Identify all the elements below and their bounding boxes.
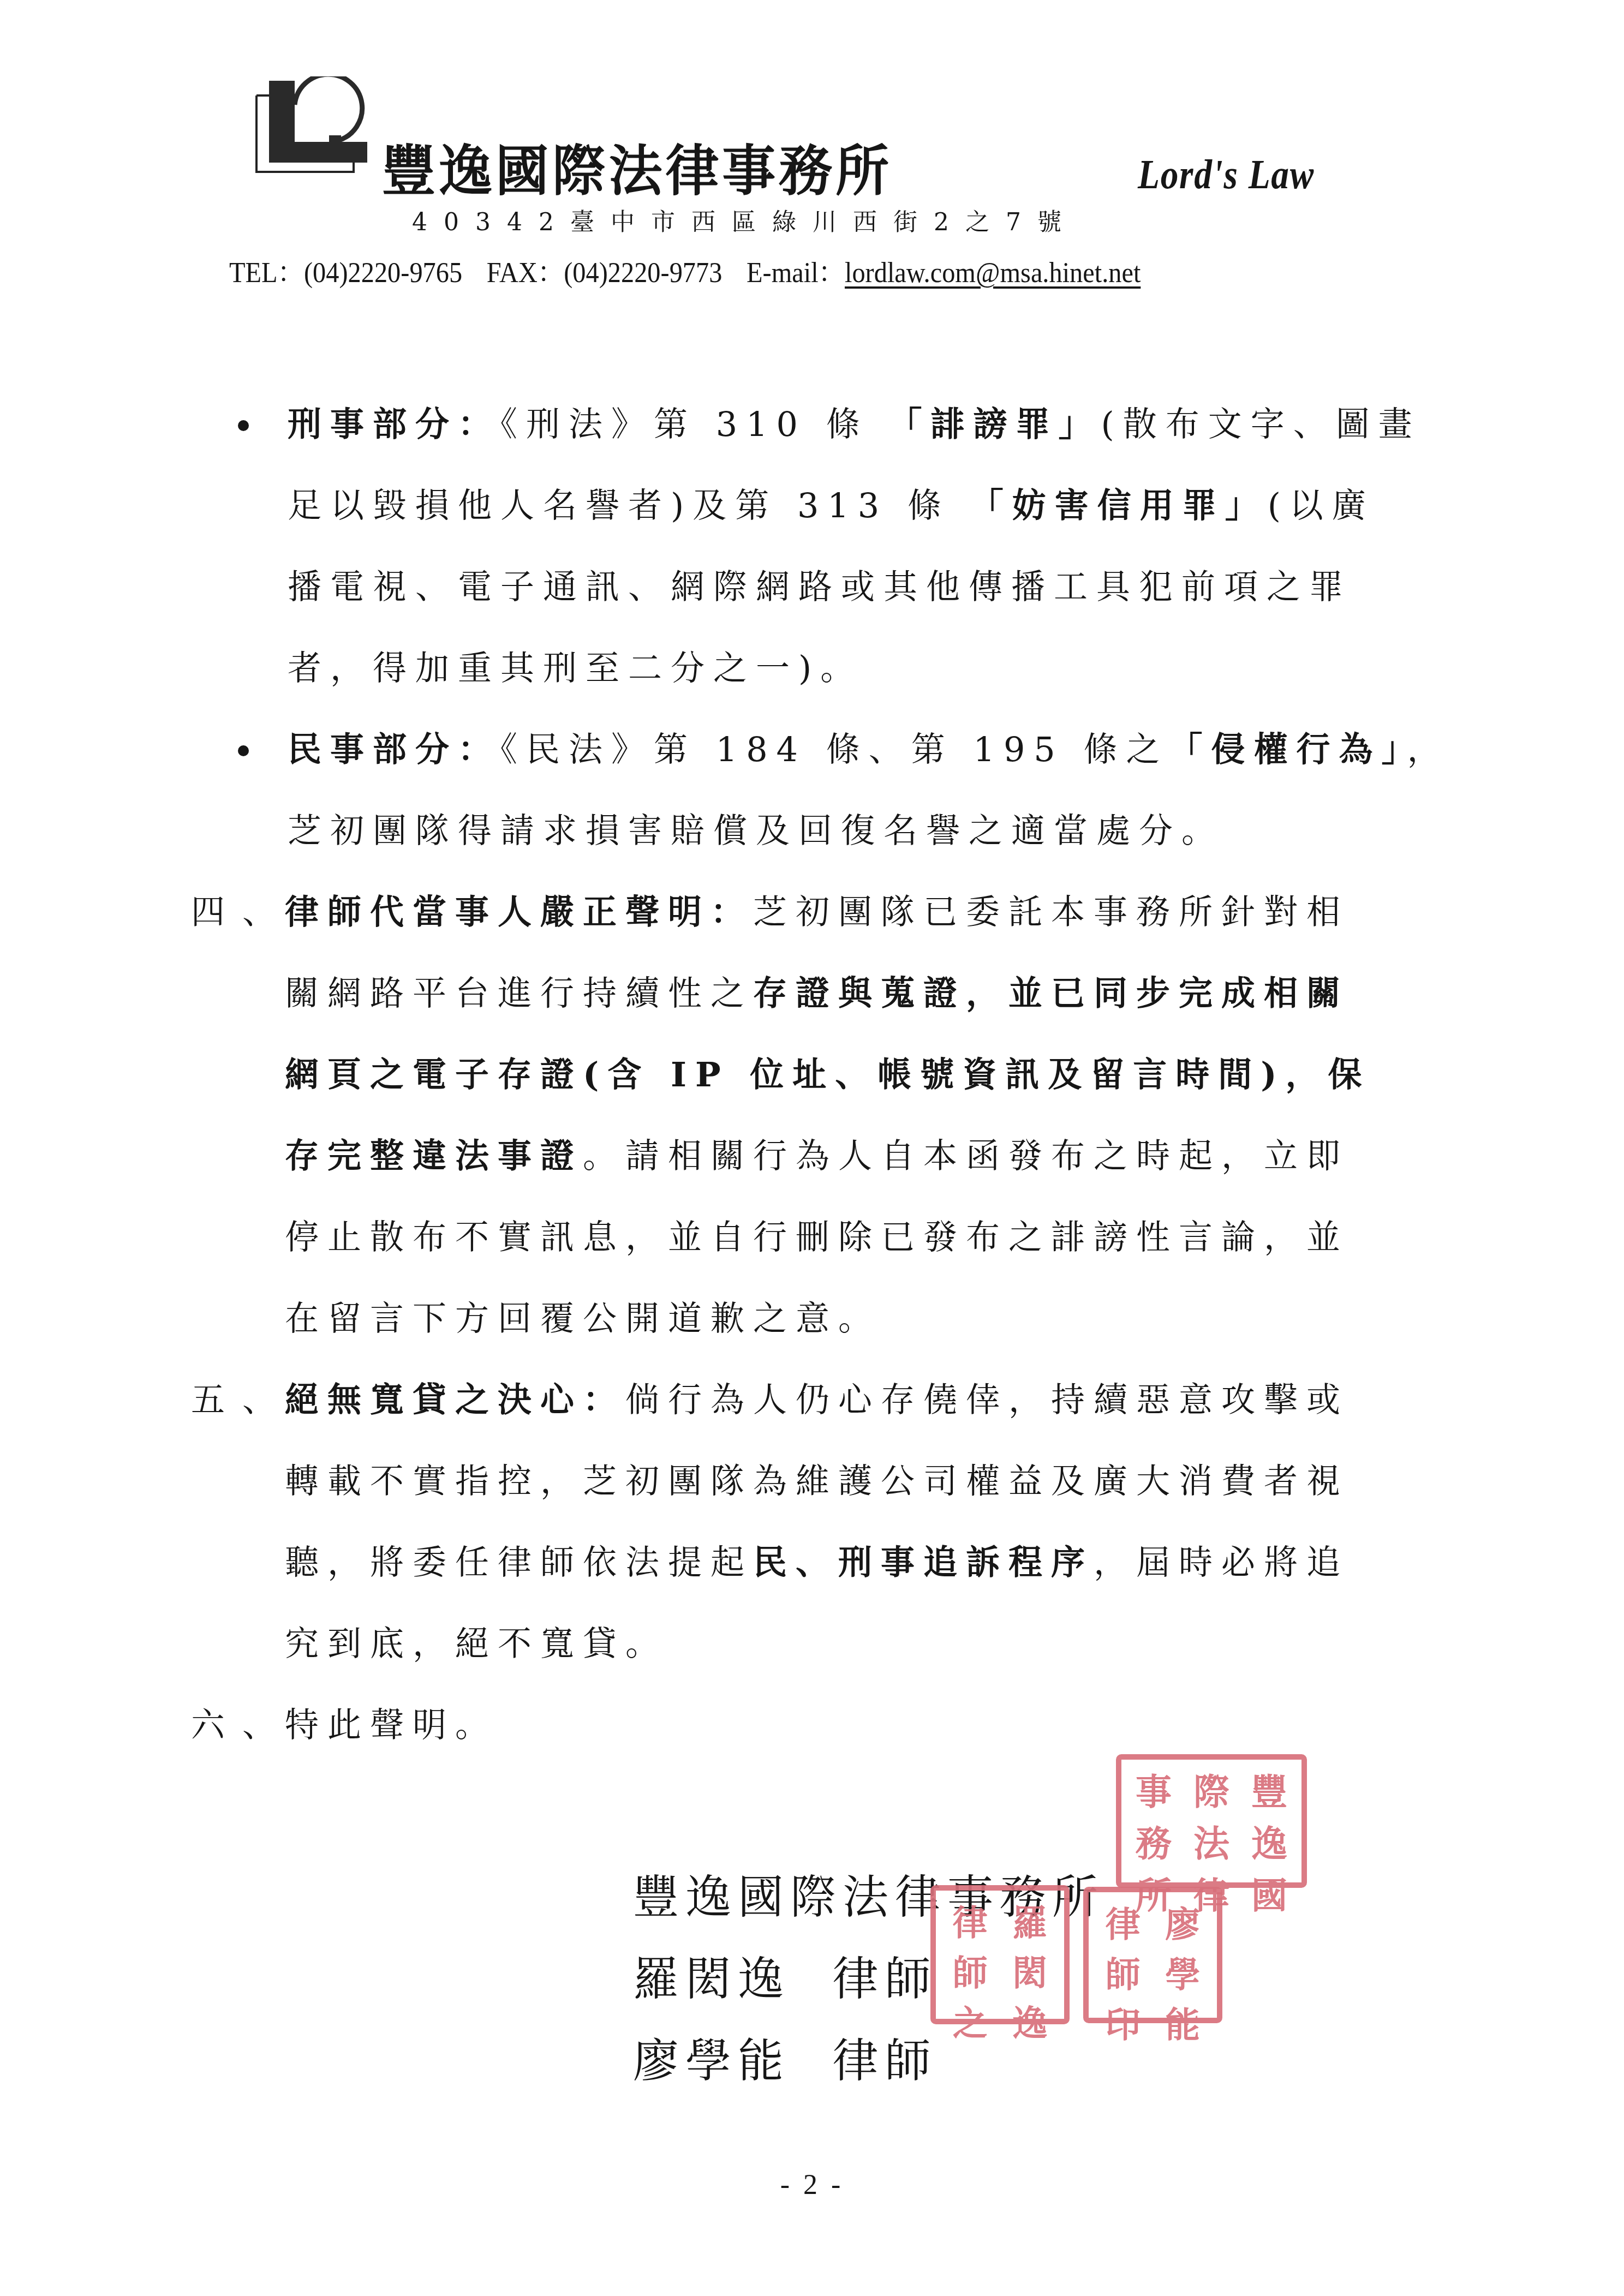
tel-number: (04)2220-9765 — [304, 258, 462, 289]
letterhead-firm-name-en: Lord's Law — [1138, 148, 1315, 201]
bullet-line: 者，得加重其刑至二分之一)。 — [288, 647, 863, 728]
emphasized-text: 存證與蒐證，並已同步完成相關 — [753, 973, 1349, 1013]
emphasized-text: 「侵權行為」 — [1169, 730, 1407, 769]
lawyer-luo-seal-stamp: 羅 閎 逸 律 師 之 — [930, 1885, 1070, 2024]
signature-lawyer-liao: 廖學能 律師 — [633, 2034, 937, 2088]
email-link[interactable]: lordlaw.com@msa.hinet.net — [845, 258, 1141, 289]
section-line: 轉載不實指控，芝初團隊為維護公司權益及廣大消費者視 — [285, 1460, 1349, 1541]
emphasized-text: 民、刑事追訴程序 — [753, 1542, 1094, 1582]
body-text: 《民法》第 184 條、第 195 條之 — [500, 730, 1169, 769]
section-line: 律師代當事人嚴正聲明：芝初團隊已委託本事務所針對相 — [285, 890, 1349, 972]
body-text: (以廣 — [1268, 486, 1375, 525]
seal-char: 豐 — [1240, 1763, 1298, 1815]
emphasized-text: 民事部分： — [288, 730, 500, 769]
body-text: 芝初團隊得請求損害賠償及回復名譽之適當處分。 — [288, 811, 1224, 851]
seal-char: 法 — [1183, 1815, 1240, 1867]
seal-char: 閎 — [1000, 1945, 1060, 1995]
emphasized-text: 「誹謗罪」 — [888, 404, 1101, 444]
body-text: 在留言下方回覆公開道歉之意。 — [285, 1299, 881, 1338]
seal-char: 逸 — [1240, 1815, 1298, 1867]
emphasized-text: 律師代當事人嚴正聲明： — [285, 892, 753, 932]
lawyer-liao-seal-stamp: 廖 學 能 律 師 印 — [1083, 1887, 1222, 2023]
seal-char: 印 — [1093, 1997, 1153, 2047]
fax-number: (04)2220-9773 — [564, 258, 722, 289]
section-number-label: 六、 — [191, 1703, 294, 1747]
signature-lawyer-luo: 羅閎逸 律師 — [633, 1952, 937, 2006]
body-text: 特此聲明。 — [285, 1705, 498, 1745]
body-text: ，屆時必將追 — [1094, 1542, 1349, 1582]
seal-char: 師 — [1093, 1947, 1153, 1997]
seal-char: 逸 — [1000, 1995, 1060, 2046]
seal-char: 事 — [1125, 1763, 1183, 1815]
body-text: ， — [1407, 730, 1450, 769]
bullet-dot-icon — [238, 745, 249, 756]
body-text: 者，得加重其刑至二分之一)。 — [288, 648, 863, 688]
bullet-line: 播電視、電子通訊、網際網路或其他傳播工具犯前項之罪 — [288, 565, 1352, 647]
body-text: 足以毀損他人名譽者)及第 313 條 — [288, 486, 970, 525]
section-line: 網頁之電子存證(含 IP 位址、帳號資訊及留言時間)，保 — [285, 1053, 1370, 1134]
seal-char: 能 — [1153, 1997, 1213, 2047]
bullet-line: 足以毀損他人名譽者)及第 313 條 「妨害信用罪」(以廣 — [288, 484, 1375, 565]
body-text: (散布文字、圖畫 — [1101, 404, 1421, 444]
bullet-line: 刑事部分：《刑法》第 310 條 「誹謗罪」(散布文字、圖畫 — [288, 403, 1421, 484]
emphasized-text: 網頁之電子存證(含 IP 位址、帳號資訊及留言時間)，保 — [285, 1055, 1370, 1095]
seal-char: 際 — [1183, 1763, 1240, 1815]
section-number-label: 五、 — [191, 1378, 294, 1422]
body-text: 轉載不實指控，芝初團隊為維護公司權益及廣大消費者視 — [285, 1461, 1349, 1501]
firm-seal-stamp: 豐 逸 國 際 法 律 事 務 所 — [1116, 1754, 1307, 1888]
section-line: 聽，將委任律師依法提起民、刑事追訴程序，屆時必將追 — [285, 1541, 1349, 1622]
bullet-line: 民事部分：《民法》第 184 條、第 195 條之「侵權行為」， — [288, 728, 1450, 809]
body-text: 芝初團隊已委託本事務所針對相 — [753, 892, 1349, 932]
fax-label: FAX： — [487, 258, 564, 289]
lords-law-logo-icon — [250, 76, 373, 183]
section-line: 存完整違法事證。請相關行為人自本函發布之時起，立即 — [285, 1134, 1349, 1216]
section-line: 在留言下方回覆公開道歉之意。 — [285, 1297, 881, 1378]
seal-char: 羅 — [1000, 1895, 1060, 1945]
section-line: 停止散布不實訊息，並自行刪除已發布之誹謗性言論，並 — [285, 1216, 1349, 1297]
page-number: - 2 - — [0, 2169, 1624, 2201]
seal-char: 廖 — [1153, 1897, 1213, 1947]
seal-char: 律 — [940, 1895, 1000, 1945]
email-label: E-mail： — [747, 258, 845, 289]
tel-label: TEL： — [229, 258, 304, 289]
seal-char: 國 — [1240, 1867, 1298, 1918]
emphasized-text: 「妨害信用罪」 — [970, 486, 1268, 525]
seal-char: 務 — [1125, 1815, 1183, 1867]
seal-char: 學 — [1153, 1947, 1213, 1997]
body-text: 究到底，絕不寬貸。 — [285, 1624, 668, 1664]
body-text: 聽，將委任律師依法提起 — [285, 1542, 753, 1582]
seal-char: 師 — [940, 1945, 1000, 1995]
body-text: 。請相關行為人自本函發布之時起，立即 — [583, 1136, 1349, 1176]
letterhead-firm-name: 豐逸國際法律事務所 — [382, 141, 892, 201]
letterhead-address: 40342臺中市西區綠川西街2之7號 — [412, 207, 1078, 238]
emphasized-text: 刑事部分： — [288, 404, 500, 444]
body-text: 播電視、電子通訊、網際網路或其他傳播工具犯前項之罪 — [288, 567, 1352, 607]
firm-logo — [250, 76, 373, 183]
section-line: 關網路平台進行持續性之存證與蒐證，並已同步完成相關 — [285, 972, 1349, 1053]
letterhead-contact: TEL：(04)2220-9765FAX：(04)2220-9773E-mail… — [229, 256, 1141, 290]
section-number-label: 四、 — [191, 890, 294, 934]
emphasized-text: 絕無寬貸之決心： — [285, 1380, 625, 1420]
section-line: 特此聲明。 — [285, 1703, 498, 1785]
body-text: 倘行為人仍心存僥倖，持續惡意攻擊或 — [625, 1380, 1349, 1420]
emphasized-text: 存完整違法事證 — [285, 1136, 583, 1176]
bullet-line: 芝初團隊得請求損害賠償及回復名譽之適當處分。 — [288, 809, 1224, 890]
body-text: 停止散布不實訊息，並自行刪除已發布之誹謗性言論，並 — [285, 1217, 1349, 1257]
body-text: 關網路平台進行持續性之 — [285, 973, 753, 1013]
bullet-dot-icon — [238, 420, 249, 431]
seal-char: 律 — [1093, 1897, 1153, 1947]
section-line: 絕無寬貸之決心：倘行為人仍心存僥倖，持續惡意攻擊或 — [285, 1378, 1349, 1460]
seal-char: 之 — [940, 1995, 1000, 2046]
body-text: 《刑法》第 310 條 — [500, 404, 888, 444]
section-line: 究到底，絕不寬貸。 — [285, 1622, 668, 1703]
